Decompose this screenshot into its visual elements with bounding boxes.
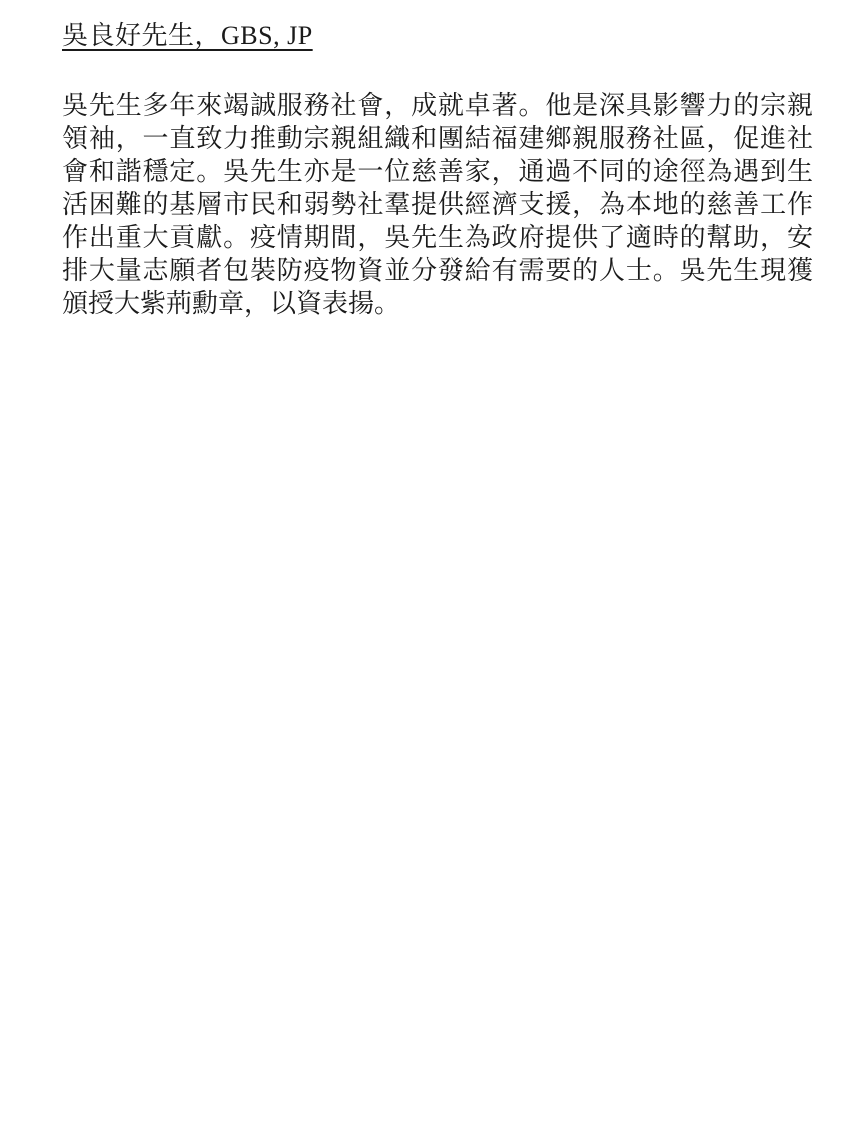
citation-paragraph: 吳先生多年來竭誠服務社會，成就卓著。他是深具影響力的宗親領袖，一直致力推動宗親組… (62, 89, 813, 320)
document-page: 吳良好先生，GBS, JP 吳先生多年來竭誠服務社會，成就卓著。他是深具影響力的… (0, 0, 865, 1142)
page-title: 吳良好先生，GBS, JP (62, 19, 313, 53)
